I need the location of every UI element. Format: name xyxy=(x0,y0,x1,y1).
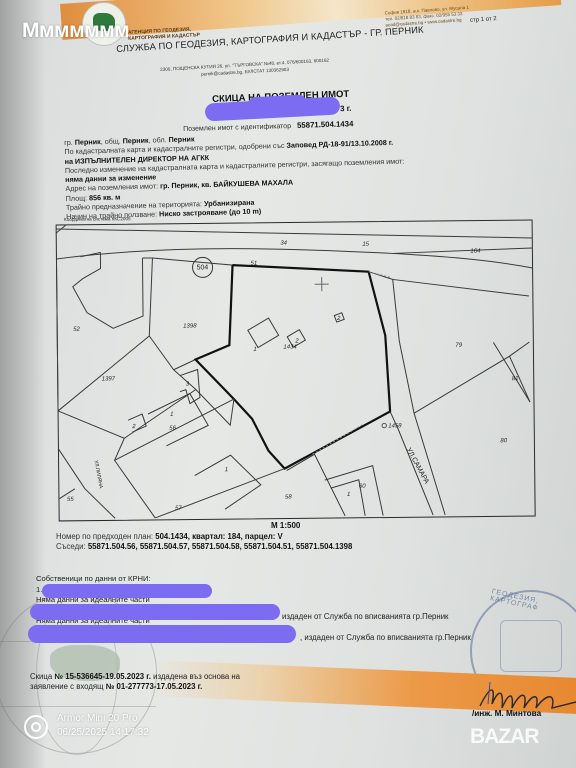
camera-model: Armor Mini 20 Pro xyxy=(57,713,138,724)
svg-text:57: 57 xyxy=(175,506,182,512)
svg-text:1398: 1398 xyxy=(183,323,197,329)
svg-text:2: 2 xyxy=(131,424,136,430)
issued-by-1: издаден от Служба по вписванията гр.Перн… xyxy=(282,612,448,621)
svg-text:1: 1 xyxy=(253,347,256,353)
svg-text:2: 2 xyxy=(294,338,299,344)
svg-text:55: 55 xyxy=(67,497,74,503)
svg-text:1: 1 xyxy=(225,467,228,473)
signer-name: /инж. М. Минтова xyxy=(472,709,541,718)
page-number: стр 1 от 2 xyxy=(470,16,497,24)
svg-text:1434: 1434 xyxy=(283,344,297,350)
svg-text:1: 1 xyxy=(347,492,350,498)
stamp-emblem xyxy=(500,620,562,672)
document-number-suffix: 3 г. xyxy=(340,104,352,113)
issued-by-2: , издаден от Служба по вписванията гр.Пе… xyxy=(300,633,471,642)
svg-text:51: 51 xyxy=(250,261,257,267)
redaction-mark xyxy=(30,604,280,620)
seller-watermark: Mмммммм xyxy=(22,19,129,43)
svg-text:34: 34 xyxy=(280,241,287,247)
map-drawing: 504 51 52 1398 1397 56 57 58 79 80 81 14… xyxy=(52,216,555,525)
previous-plan-row: Номер по предходен план: 504.1434, кварт… xyxy=(56,532,352,542)
redaction-mark xyxy=(28,625,296,643)
svg-text:1458: 1458 xyxy=(388,423,402,429)
owners-heading: Собственици по данни от КРНИ: xyxy=(36,574,151,585)
parcel-details: гр. Перник, общ. Перник, обл. Перник По … xyxy=(64,125,526,221)
neighbors-row: Съседи: 55871.504.56, 55871.504.57, 5587… xyxy=(56,542,352,552)
svg-text:81: 81 xyxy=(512,376,519,382)
svg-text:80: 80 xyxy=(500,438,507,444)
site-watermark: BAZAR xyxy=(470,725,539,749)
application-row: заявление с входящ № 01-277773-17.05.202… xyxy=(30,682,240,692)
office-address: 2300, ПОЩЕНСКА КУТИЯ 26, ул. "ТЪРГОВСКА"… xyxy=(160,57,330,80)
parcel-plan-info: Номер по предходен план: 504.1434, кварт… xyxy=(56,532,352,552)
svg-text:164: 164 xyxy=(470,249,481,255)
svg-text:56: 56 xyxy=(169,426,176,432)
svg-text:3: 3 xyxy=(186,382,190,388)
map-scale: М 1:500 xyxy=(271,521,300,530)
camera-shutter-icon xyxy=(24,715,48,739)
document-photo: АГЕНЦИЯ ПО ГЕОДЕЗИЯ, КАРТОГРАФИЯ И КАДАС… xyxy=(0,0,576,768)
svg-text:58: 58 xyxy=(285,494,292,500)
cadastral-map: Координатна система ККС2005 xyxy=(52,210,555,525)
svg-text:52: 52 xyxy=(73,327,80,333)
redaction-mark xyxy=(42,584,212,598)
capture-timestamp: 06/25/2025 14:17:32 xyxy=(57,727,149,738)
cadastral-sketch-paper: АГЕНЦИЯ ПО ГЕОДЕЗИЯ, КАРТОГРАФИЯ И КАДАС… xyxy=(0,0,576,768)
block-number-label: 504 xyxy=(197,264,209,271)
svg-text:1: 1 xyxy=(170,412,173,418)
street-name-label-left: УЛ.ЛИЛЯНА xyxy=(93,460,104,490)
svg-text:1397: 1397 xyxy=(102,376,116,382)
svg-text:2: 2 xyxy=(336,316,341,322)
svg-text:60: 60 xyxy=(359,484,366,490)
sketch-number-row: Скица № 15-536645-19.05.2023 г. издадена… xyxy=(30,672,240,682)
sketch-number-info: Скица № 15-536645-19.05.2023 г. издадена… xyxy=(30,672,240,692)
svg-text:79: 79 xyxy=(455,343,462,349)
svg-text:15: 15 xyxy=(362,242,369,248)
